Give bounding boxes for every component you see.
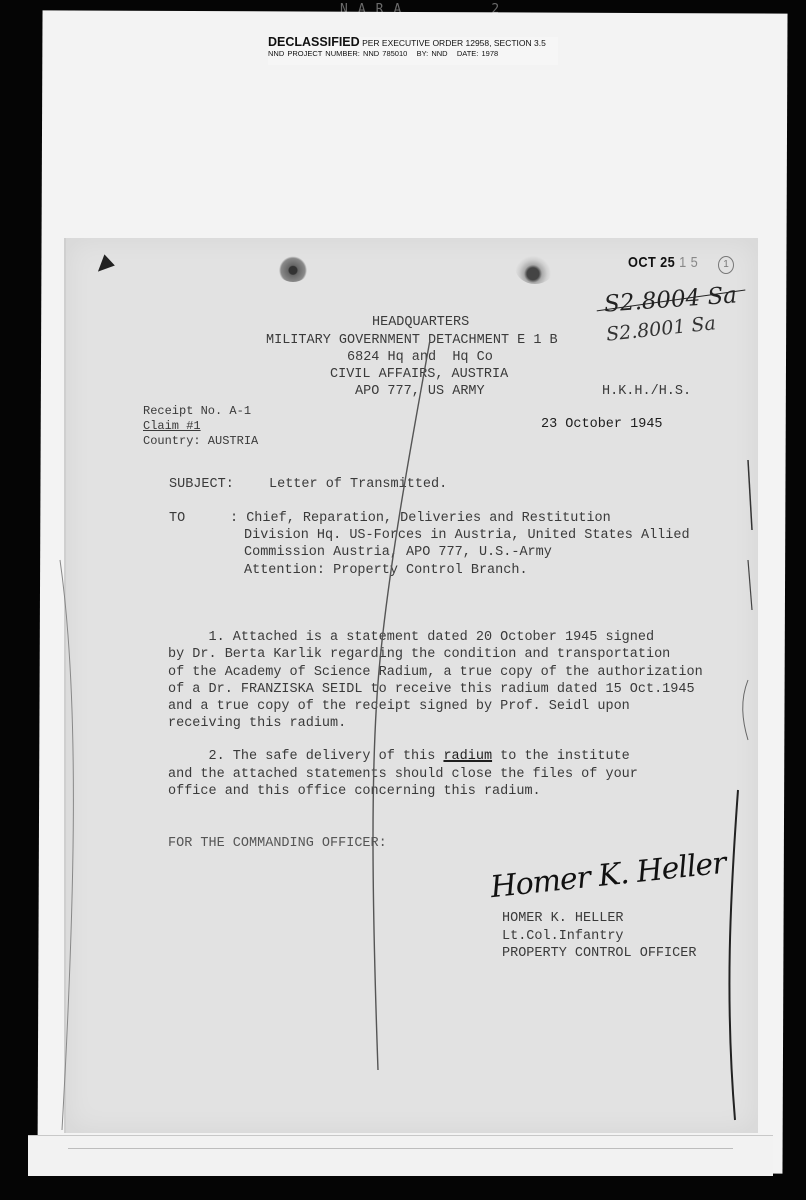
punch-hole bbox=[515, 250, 555, 284]
paragraph-2-line: office and this office concerning this r… bbox=[168, 783, 541, 801]
to-line-4: Attention: Property Control Branch. bbox=[244, 562, 528, 580]
mounting-bottom-strip bbox=[28, 1135, 773, 1176]
letterhead-line-4: CIVIL AFFAIRS, AUSTRIA bbox=[330, 366, 508, 384]
to-label: TO bbox=[169, 510, 185, 528]
declassified-date: DATE: 1978 bbox=[457, 49, 498, 58]
paragraph-1-line: receiving this radium. bbox=[168, 715, 346, 733]
letterhead-line-1: HEADQUARTERS bbox=[372, 314, 469, 332]
country: Country: AUSTRIA bbox=[143, 434, 258, 449]
signer-name: HOMER K. HELLER bbox=[502, 910, 624, 928]
nnd-project-number: NND PROJECT NUMBER: NND 785010 bbox=[268, 49, 407, 58]
letterhead-line-3: 6824 Hq and Hq Co bbox=[347, 349, 493, 367]
declassified-authority: PER EXECUTIVE ORDER 12958, SECTION 3.5 bbox=[362, 38, 546, 48]
paragraph-1-line: of a Dr. FRANZISKA SEIDL to receive this… bbox=[168, 681, 695, 699]
letter-date: 23 October 1945 bbox=[541, 416, 663, 434]
paragraph-2-line: and the attached statements should close… bbox=[168, 766, 638, 784]
paragraph-2-line: 2. The safe delivery of this radium to t… bbox=[168, 748, 630, 766]
underlined-word: radium bbox=[443, 749, 492, 764]
paragraph-1-line: of the Academy of Science Radium, a true… bbox=[168, 664, 703, 682]
declassified-stamp: DECLASSIFIED PER EXECUTIVE ORDER 12958, … bbox=[268, 37, 558, 65]
receipt-number: Receipt No. A-1 bbox=[143, 404, 251, 419]
paragraph-1-line: by Dr. Berta Karlik regarding the condit… bbox=[168, 646, 670, 664]
punch-hole bbox=[277, 256, 309, 282]
declassified-by: BY: NND bbox=[417, 49, 448, 58]
to-line-1: : Chief, Reparation, Deliveries and Rest… bbox=[230, 510, 611, 528]
to-line-2: Division Hq. US-Forces in Austria, Unite… bbox=[244, 527, 690, 545]
letterhead-line-5: APO 777, US ARMY bbox=[355, 383, 485, 401]
received-date-stamp: OCT 25 1 5 bbox=[628, 254, 698, 271]
to-line-3: Commission Austria, APO 777, U.S.-Army bbox=[244, 544, 552, 562]
closing-line: FOR THE COMMANDING OFFICER: bbox=[168, 835, 387, 853]
circled-mark: 1 bbox=[718, 256, 734, 274]
paragraph-1-line: and a true copy of the receipt signed by… bbox=[168, 698, 630, 716]
paragraph-1-line: 1. Attached is a statement dated 20 Octo… bbox=[168, 629, 654, 647]
subject-label: SUBJECT: bbox=[169, 476, 234, 494]
letterhead-line-2: MILITARY GOVERNMENT DETACHMENT E 1 B bbox=[266, 332, 558, 350]
signer-rank: Lt.Col.Infantry bbox=[502, 928, 624, 946]
signer-title: PROPERTY CONTROL OFFICER bbox=[502, 945, 696, 963]
declassified-title: DECLASSIFIED bbox=[268, 35, 360, 49]
subject-text: Letter of Transmitted. bbox=[269, 476, 447, 494]
claim-number: Claim #1 bbox=[143, 419, 201, 434]
reference-initials: H.K.H./H.S. bbox=[602, 383, 691, 401]
